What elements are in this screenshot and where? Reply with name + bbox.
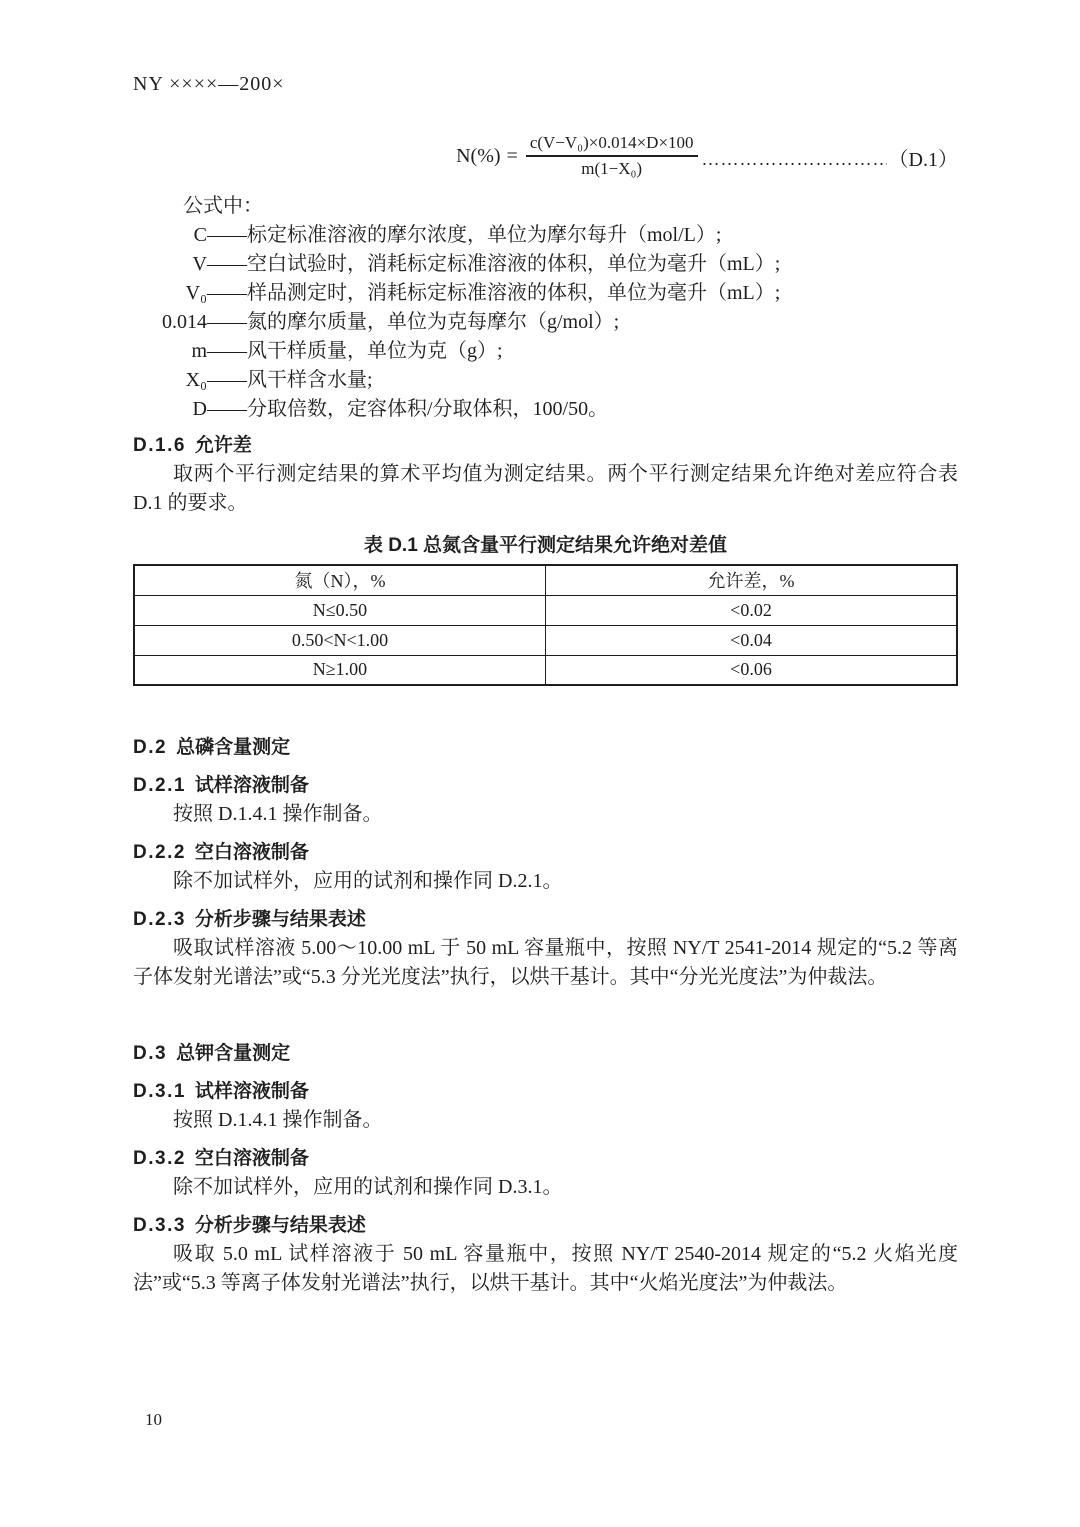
heading-d2-3: D.2.3分析步骤与结果表述 [133, 906, 958, 934]
table-cell: <0.02 [546, 595, 958, 625]
definition-desc: ——分取倍数，定容体积/分取体积，100/50。 [207, 395, 958, 424]
definition-item: D ——分取倍数，定容体积/分取体积，100/50。 [133, 395, 958, 424]
heading-number: D.3.3 [133, 1215, 186, 1236]
definition-symbol: V₀ [133, 279, 207, 308]
paragraph-d1-6: 取两个平行测定结果的算术平均值为测定结果。两个平行测定结果允许绝对差应符合表 D… [133, 460, 958, 518]
heading-title: 分析步骤与结果表述 [195, 909, 366, 930]
definition-desc: ——氮的摩尔质量，单位为克每摩尔（g/mol）; [207, 308, 958, 337]
definition-item: V₀ ——样品测定时，消耗标定标准溶液的体积，单位为毫升（mL）; [133, 279, 958, 308]
table-row: 0.50<N<1.00 <0.04 [134, 625, 957, 655]
tolerance-table: 氮（N），% 允许差，% N≤0.50 <0.02 0.50<N<1.00 <0… [133, 564, 958, 686]
definition-desc: ——风干样质量，单位为克（g）; [207, 337, 958, 366]
formula-equals: = [507, 145, 518, 168]
heading-title: 允许差 [195, 435, 252, 456]
heading-d2: D.2总磷含量测定 [133, 734, 958, 762]
table-caption: 表 D.1 总氮含量平行测定结果允许绝对差值 [133, 530, 958, 557]
paragraph-d2-3: 吸取试样溶液 5.00～10.00 mL 于 50 mL 容量瓶中，按照 NY/… [133, 934, 958, 992]
heading-d3-2: D.3.2空白溶液制备 [133, 1145, 958, 1173]
standard-code-header: NY ××××—200× [133, 72, 958, 96]
heading-number: D.2.3 [133, 909, 186, 930]
table-cell: N≤0.50 [134, 595, 546, 625]
table-cell: <0.04 [546, 625, 958, 655]
paragraph-d3-3: 吸取 5.0 mL 试样溶液于 50 mL 容量瓶中，按照 NY/T 2540-… [133, 1240, 958, 1298]
heading-d2-2: D.2.2空白溶液制备 [133, 839, 958, 867]
table-cell: 0.50<N<1.00 [134, 625, 546, 655]
paragraph-d3-1: 按照 D.1.4.1 操作制备。 [133, 1106, 958, 1135]
heading-number: D.1.6 [133, 435, 186, 456]
heading-d3: D.3总钾含量测定 [133, 1040, 958, 1068]
definition-item: V ——空白试验时，消耗标定标准溶液的体积，单位为毫升（mL）; [133, 250, 958, 279]
heading-title: 总钾含量测定 [176, 1043, 290, 1064]
definition-symbol: m [133, 337, 207, 366]
definition-item: X₀ ——风干样含水量; [133, 366, 958, 395]
heading-title: 空白溶液制备 [195, 842, 309, 863]
heading-d1-6: D.1.6允许差 [133, 432, 958, 460]
paragraph-d2-2: 除不加试样外，应用的试剂和操作同 D.2.1。 [133, 867, 958, 896]
heading-number: D.3.1 [133, 1081, 186, 1102]
heading-title: 总磷含量测定 [176, 737, 290, 758]
page-number: 10 [145, 1410, 162, 1430]
table-row: N≥1.00 <0.06 [134, 655, 957, 685]
heading-number: D.2.1 [133, 775, 186, 796]
document-page: NY ××××—200× N(%) = c(V−V₀)×0.014×D×100 … [0, 0, 1080, 1527]
table-row: N≤0.50 <0.02 [134, 595, 957, 625]
dot-leader: ………………………………… [702, 149, 887, 170]
heading-title: 试样溶液制备 [195, 1081, 309, 1102]
heading-d3-3: D.3.3分析步骤与结果表述 [133, 1212, 958, 1240]
fraction-numerator: c(V−V₀)×0.014×D×100 [526, 132, 698, 157]
definition-desc: ——风干样含水量; [207, 366, 958, 395]
formula-lhs: N(%) [456, 145, 500, 168]
paragraph-d2-1: 按照 D.1.4.1 操作制备。 [133, 800, 958, 829]
paragraph-d3-2: 除不加试样外，应用的试剂和操作同 D.3.1。 [133, 1173, 958, 1202]
formula-d1: N(%) = c(V−V₀)×0.014×D×100 m(1−X₀) ……………… [133, 132, 958, 180]
fraction-denominator: m(1−X₀) [581, 157, 642, 180]
heading-title: 空白溶液制备 [195, 1148, 309, 1169]
heading-d2-1: D.2.1试样溶液制备 [133, 772, 958, 800]
table-header-cell: 允许差，% [546, 565, 958, 595]
heading-number: D.2.2 [133, 842, 186, 863]
heading-number: D.3.2 [133, 1148, 186, 1169]
heading-title: 分析步骤与结果表述 [195, 1215, 366, 1236]
heading-number: D.2 [133, 737, 167, 758]
table-cell: <0.06 [546, 655, 958, 685]
table-header-cell: 氮（N），% [134, 565, 546, 595]
table-header-row: 氮（N），% 允许差，% [134, 565, 957, 595]
definition-item: 0.014 ——氮的摩尔质量，单位为克每摩尔（g/mol）; [133, 308, 958, 337]
definition-symbol: X₀ [133, 366, 207, 395]
table-cell: N≥1.00 [134, 655, 546, 685]
definition-symbol: C [133, 221, 207, 250]
heading-d3-1: D.3.1试样溶液制备 [133, 1078, 958, 1106]
definition-symbol: 0.014 [133, 308, 207, 337]
definition-desc: ——标定标准溶液的摩尔浓度，单位为摩尔每升（mol/L）; [207, 221, 958, 250]
definition-desc: ——空白试验时，消耗标定标准溶液的体积，单位为毫升（mL）; [207, 250, 958, 279]
definitions-intro: 公式中： [133, 192, 958, 221]
definition-symbol: V [133, 250, 207, 279]
definition-item: m ——风干样质量，单位为克（g）; [133, 337, 958, 366]
heading-number: D.3 [133, 1043, 167, 1064]
heading-title: 试样溶液制备 [195, 775, 309, 796]
formula-fraction: c(V−V₀)×0.014×D×100 m(1−X₀) [526, 132, 698, 180]
definition-item: C ——标定标准溶液的摩尔浓度，单位为摩尔每升（mol/L）; [133, 221, 958, 250]
definition-symbol: D [133, 395, 207, 424]
equation-number: （D.1） [889, 143, 958, 172]
definition-desc: ——样品测定时，消耗标定标准溶液的体积，单位为毫升（mL）; [207, 279, 958, 308]
definitions-list: C ——标定标准溶液的摩尔浓度，单位为摩尔每升（mol/L）; V ——空白试验… [133, 221, 958, 424]
